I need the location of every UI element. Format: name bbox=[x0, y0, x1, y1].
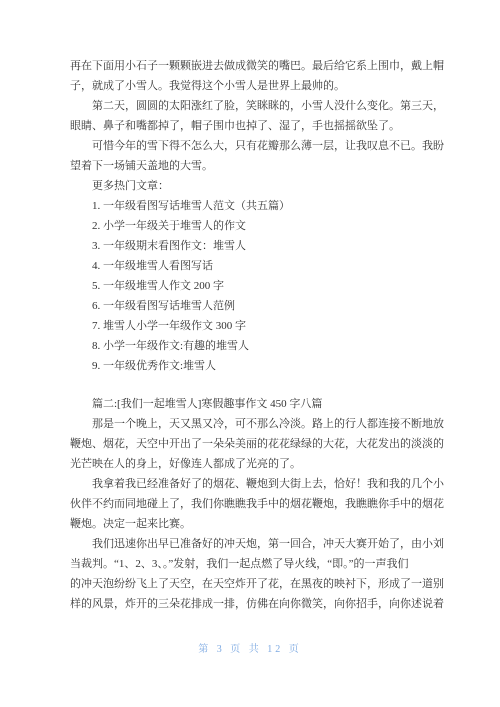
essay-line: 那是一个晚上，天又黑又冷，可不那么冷淡。路上的行人都连接不断地放 bbox=[92, 414, 450, 434]
related-article-item: 5. 一年级堆雪人作文 200 字 bbox=[92, 276, 450, 296]
related-article-item: 1. 一年级看图写话堆雪人范文（共五篇） bbox=[92, 196, 450, 216]
footer-page-indicator: 第 3 页 共 12 页 bbox=[0, 643, 500, 657]
essay-line: 当裁判。“1、2、3、。”发射，我们一起点燃了导火线，“即。”的一声我们 bbox=[70, 554, 450, 574]
related-article-item: 6. 一年级看图写话堆雪人范例 bbox=[92, 296, 450, 316]
essay-line: 望着下一场铺天盖地的大雪。 bbox=[70, 156, 450, 176]
related-article-item: 2. 小学一年级关于堆雪人的作文 bbox=[92, 216, 450, 236]
essay-line: 样的风景，炸开的三朵花排成一排，仿佛在向你微笑，向你招手，向你述说着 bbox=[70, 594, 450, 614]
section-title: 篇二:[我们一起堆雪人]寒假趣事作文 450 字八篇 bbox=[92, 394, 450, 414]
essay-line: 光芒映在人的身上，好像连人都成了光亮的了。 bbox=[70, 454, 450, 474]
essay-line: 第二天，圆圆的太阳涨红了脸，笑眯眯的，小雪人没什么变化。第三天， bbox=[92, 96, 450, 116]
related-article-item: 7. 堆雪人小学一年级作文 300 字 bbox=[92, 316, 450, 336]
related-article-item: 4. 一年级堆雪人看图写话 bbox=[92, 256, 450, 276]
related-article-item: 8. 小学一年级作文:有趣的堆雪人 bbox=[92, 336, 450, 356]
essay-line: 我们迅速你出早已准备好的冲天炮，第一回合，冲天大赛开始了，由小刘 bbox=[92, 534, 450, 554]
essay-line: 伙伴不约而同地碰上了，我们你瞧瞧我手中的烟花鞭炮，我瞧瞧你手中的烟花 bbox=[70, 494, 450, 514]
essay-line: 眼睛、鼻子和嘴都掉了，帽子围巾也掉了、湿了，手也摇摇欲坠了。 bbox=[70, 116, 450, 136]
essay-line: 鞭炮、烟花，天空中开出了一朵朵美丽的花花绿绿的大花，大花发出的淡淡的 bbox=[70, 434, 450, 454]
essay-line: 子，就成了小雪人。我觉得这个小雪人是世界上最帅的。 bbox=[70, 76, 450, 96]
essay-line: 的冲天泡纷纷飞上了天空，在天空炸开了花，在黑夜的映衬下，形成了一道别 bbox=[70, 574, 450, 594]
essay-line: 再在下面用小石子一颗颗嵌进去做成微笑的嘴巴。最后给它系上围巾，戴上帽 bbox=[70, 56, 450, 76]
more-articles-heading: 更多热门文章： bbox=[92, 176, 450, 196]
essay-line: 鞭炮。决定一起来比赛。 bbox=[70, 514, 450, 534]
essay-line: 可惜今年的雪下得不怎么大，只有花瓣那么薄一层，让我叹息不已。我盼 bbox=[92, 136, 450, 156]
related-article-item: 3. 一年级期末看图作文：堆雪人 bbox=[92, 236, 450, 256]
essay-line: 我拿着我已经准备好了的烟花、鞭炮到大街上去，恰好！我和我的几个小 bbox=[92, 474, 450, 494]
document-page: 再在下面用小石子一颗颗嵌进去做成微笑的嘴巴。最后给它系上围巾，戴上帽 子，就成了… bbox=[0, 0, 500, 707]
related-article-item: 9. 一年级优秀作文:堆雪人 bbox=[92, 356, 450, 376]
document-body: 再在下面用小石子一颗颗嵌进去做成微笑的嘴巴。最后给它系上围巾，戴上帽 子，就成了… bbox=[70, 56, 450, 614]
